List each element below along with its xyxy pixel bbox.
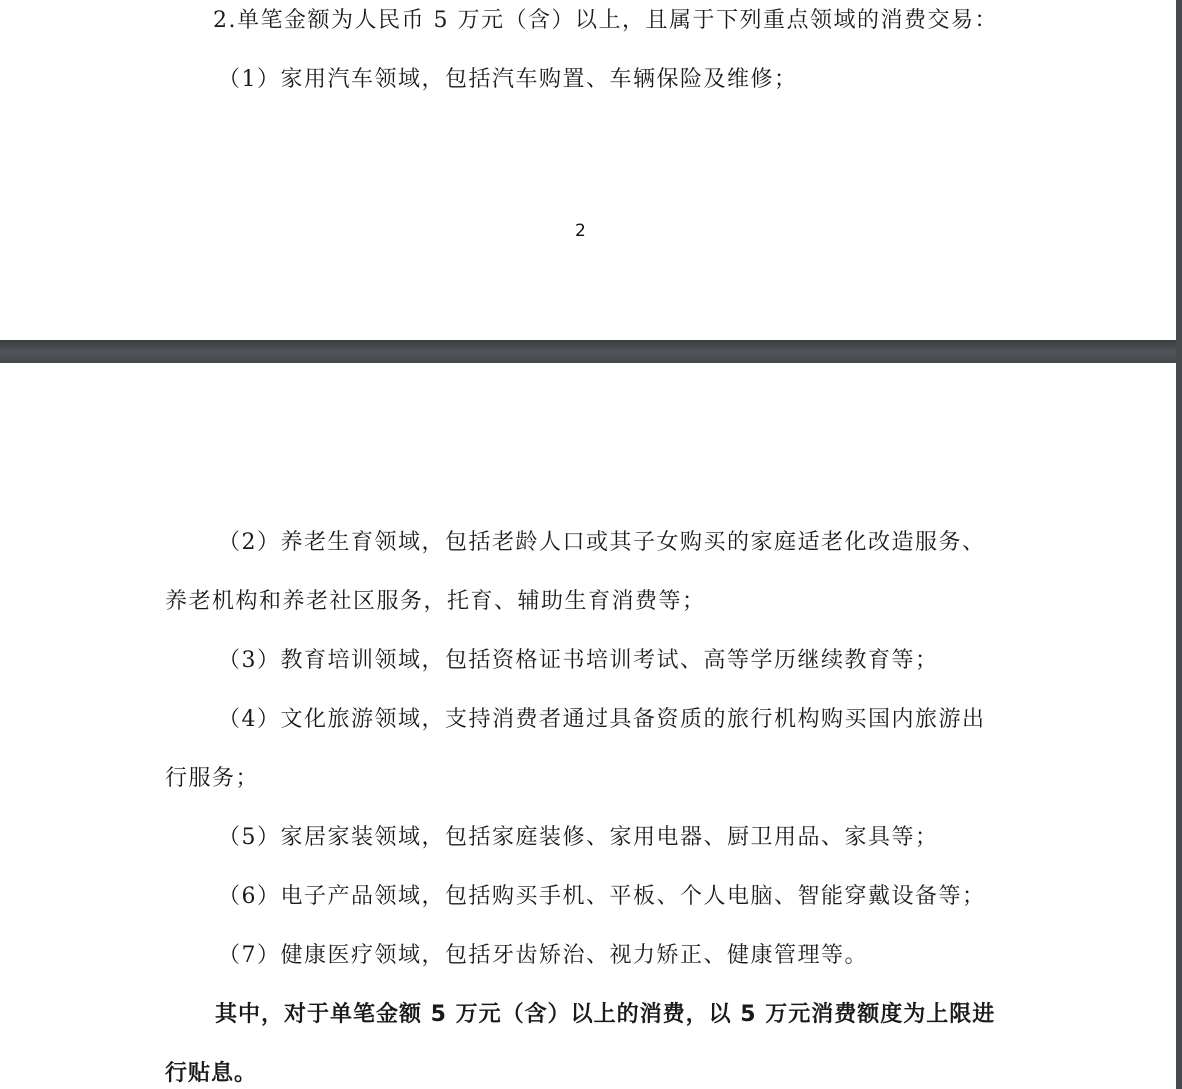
paragraph-line: 养老机构和养老社区服务，托育、辅助生育消费等； bbox=[165, 587, 706, 617]
paragraph-line: （5）家居家装领域，包括家庭装修、家用电器、厨卫用品、家具等； bbox=[218, 823, 939, 853]
page-separator bbox=[0, 340, 1182, 363]
paragraph-line: （3）教育培训领域，包括资格证书培训考试、高等学历继续教育等； bbox=[218, 646, 939, 676]
bold-paragraph-line: 其中，对于单笔金额 5 万元（含）以上的消费，以 5 万元消费额度为上限进 bbox=[215, 1000, 995, 1030]
paragraph-line: （6）电子产品领域，包括购买手机、平板、个人电脑、智能穿戴设备等； bbox=[218, 882, 986, 912]
document-page-2: 2.单笔金额为人民币 5 万元（含）以上，且属于下列重点领域的消费交易： （1）… bbox=[0, 0, 1176, 340]
paragraph-line: 行服务； bbox=[165, 764, 259, 794]
paragraph-line: （1）家用汽车领域，包括汽车购置、车辆保险及维修； bbox=[218, 65, 798, 95]
document-page-3: （2）养老生育领域，包括老龄人口或其子女购买的家庭适老化改造服务、 养老机构和养… bbox=[0, 363, 1176, 1089]
paragraph-line: （2）养老生育领域，包括老龄人口或其子女购买的家庭适老化改造服务、 bbox=[218, 528, 986, 558]
page-number: 2 bbox=[575, 221, 586, 241]
viewer-scroll-edge bbox=[1176, 0, 1182, 1089]
bold-paragraph-line: 行贴息。 bbox=[165, 1059, 257, 1089]
paragraph-line: （4）文化旅游领域，支持消费者通过具备资质的旅行机构购买国内旅游出 bbox=[218, 705, 986, 735]
paragraph-line: （7）健康医疗领域，包括牙齿矫治、视力矫正、健康管理等。 bbox=[218, 941, 868, 971]
paragraph-line: 2.单笔金额为人民币 5 万元（含）以上，且属于下列重点领域的消费交易： bbox=[213, 6, 998, 36]
